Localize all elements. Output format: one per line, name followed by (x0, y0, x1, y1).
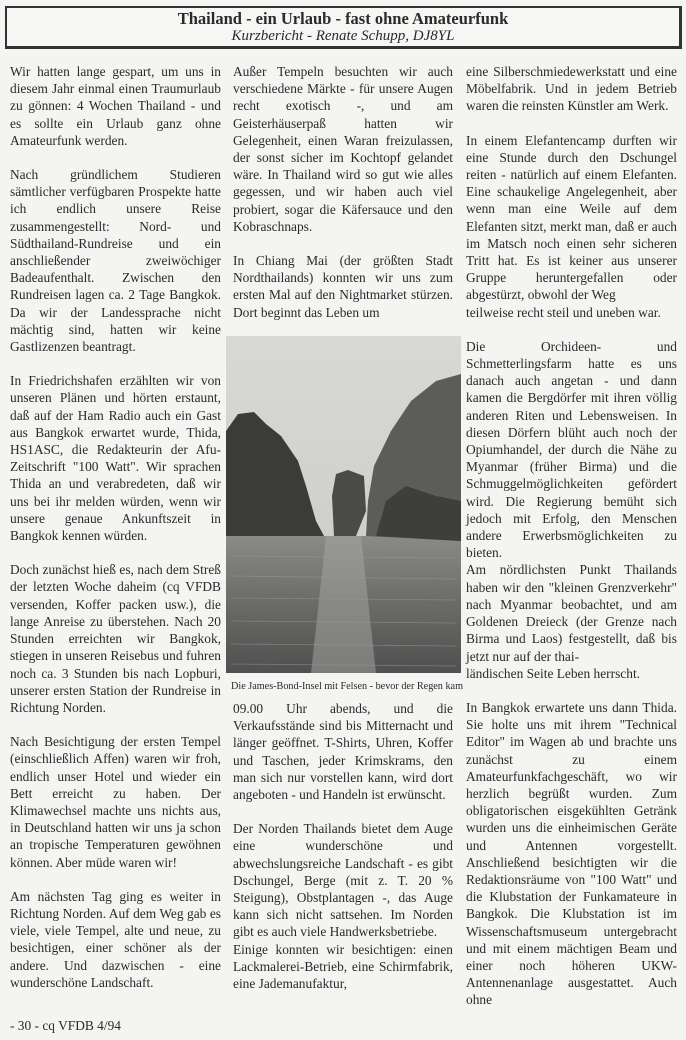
paragraph-indented: Die Orchideen- und Schmetterlingsfarm ha… (466, 338, 677, 562)
article-title: Thailand - ein Urlaub - fast ohne Amateu… (7, 9, 679, 28)
paragraph: Wir hatten lange gespart, um uns in dies… (10, 63, 221, 149)
paragraph-indented: teilweise recht steil und uneben war. (466, 304, 677, 321)
paragraph: In Friedrichshafen erzählten wir von uns… (10, 372, 221, 544)
paragraph: Nach gründlichem Studieren sämtlicher ve… (10, 166, 221, 355)
column-3: eine Silberschmiedewerkstatt und eine Mö… (466, 63, 677, 1026)
paragraph: In Bangkok erwartete uns dann Thida. Sie… (466, 699, 677, 1009)
paragraph: eine Silberschmiedewerkstatt und eine Mö… (466, 63, 677, 115)
photo-image (226, 336, 461, 673)
paragraph: Nach Besichtigung der ersten Tempel (ein… (10, 733, 221, 871)
column-2-top: Außer Tempeln besuchten wir auch verschi… (233, 63, 453, 338)
paragraph: Einige konnten wir besichtigen: einen La… (233, 941, 453, 993)
paragraph: In Chiang Mai (der größten Stadt Nordtha… (233, 252, 453, 321)
paragraph: Außer Tempeln besuchten wir auch verschi… (233, 63, 453, 235)
paragraph: 09.00 Uhr abends, und die Verkaufsstände… (233, 700, 453, 803)
column-2-bottom: 09.00 Uhr abends, und die Verkaufsstände… (233, 700, 453, 1009)
paragraph: Am nächsten Tag ging es weiter in Richtu… (10, 888, 221, 991)
article-subtitle: Kurzbericht - Renate Schupp, DJ8YL (7, 28, 679, 45)
column-1: Wir hatten lange gespart, um uns in dies… (10, 63, 221, 1008)
paragraph-indented: Am nördlichsten Punkt Thailands haben wi… (466, 561, 677, 664)
james-bond-island-photo (226, 336, 461, 673)
page-footer: - 30 - cq VFDB 4/94 (10, 1018, 121, 1034)
paragraph: In einem Elefantencamp durften wir eine … (466, 132, 677, 304)
article-header: Thailand - ein Urlaub - fast ohne Amateu… (5, 6, 682, 49)
paragraph: Doch zunächst hieß es, nach dem Streß de… (10, 561, 221, 716)
paragraph-tail: ländischen Seite Leben herrscht. (466, 665, 677, 682)
paragraph: Der Norden Thailands bietet dem Auge ein… (233, 820, 453, 940)
photo-caption: Die James-Bond-Insel mit Felsen - bevor … (222, 681, 472, 692)
